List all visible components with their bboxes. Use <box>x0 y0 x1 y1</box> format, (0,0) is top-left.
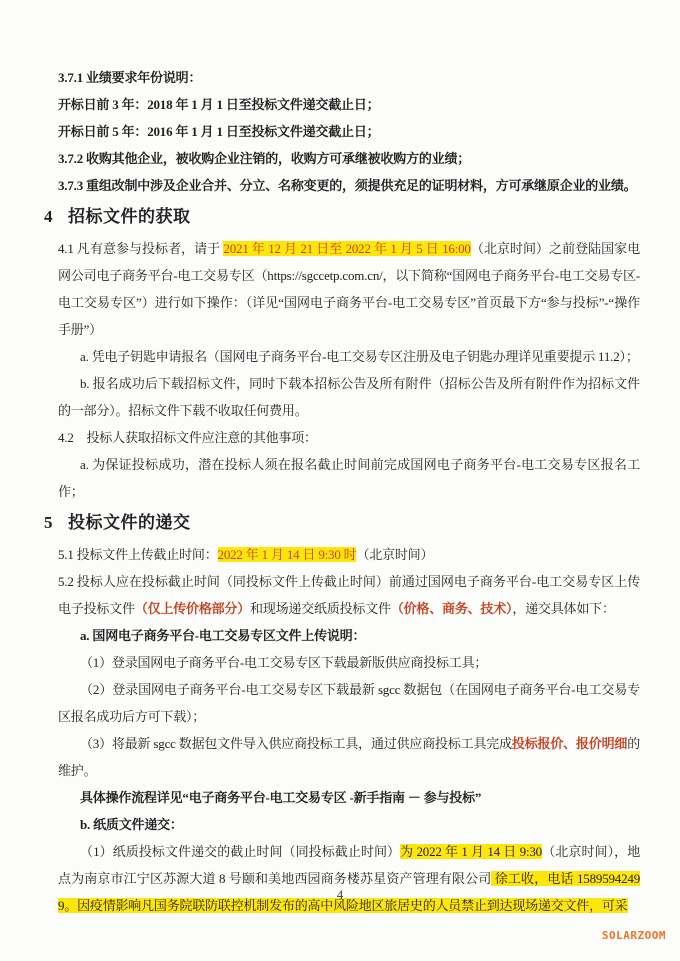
text-run: 5.1 投标文件上传截止时间： <box>58 547 218 562</box>
document-content: 3.7.1 业绩要求年份说明：开标日前 3 年：2018 年 1 月 1 日至投… <box>58 64 640 919</box>
text-run: 4.1 凡有意参与投标者，请于 <box>58 241 223 256</box>
text-run: （2）登录国网电子商务平台-电工交易专区下载最新 sgcc 数据包（在国网电子商… <box>58 682 640 724</box>
red-emphasis-text: （仅上传价格部分） <box>135 601 250 616</box>
text-run: （1）登录国网电子商务平台-电工交易专区下载最新版供应商投标工具； <box>80 655 487 670</box>
paragraph: 具体操作流程详见“电子商务平台-电工交易专区 -新手指南 － 参与投标” <box>58 784 640 811</box>
highlighted-text: 2022 年 1 月 14 日 9:30 时 <box>218 547 357 562</box>
paragraph: 开标日前 5 年：2016 年 1 月 1 日至投标文件递交截止日； <box>58 118 640 145</box>
text-run: a. 为保证投标成功，潜在投标人须在报名截止时间前完成国网电子商务平台-电工交易… <box>58 457 640 499</box>
paragraph: 5.1 投标文件上传截止时间：2022 年 1 月 14 日 9:30 时（北京… <box>58 541 640 568</box>
text-run: 和现场递交纸质投标文件 <box>250 601 391 616</box>
text-run: 4.2 投标人获取招标文件应注意的其他事项： <box>58 430 317 445</box>
highlighted-text: 2021 年 12 月 21 日至 2022 年 1 月 5 日 16:00 <box>223 241 470 256</box>
paragraph: （1）登录国网电子商务平台-电工交易专区下载最新版供应商投标工具； <box>58 649 640 676</box>
text-run: 具体操作流程详见“电子商务平台-电工交易专区 -新手指南 － 参与投标” <box>80 790 481 805</box>
text-run: （3）将最新 sgcc 数据包文件导入供应商投标工具，通过供应商投标工具完成 <box>80 736 512 751</box>
paragraph: b. 纸质文件递交： <box>58 811 640 838</box>
document-page: 3.7.1 业绩要求年份说明：开标日前 3 年：2018 年 1 月 1 日至投… <box>0 0 680 961</box>
section-number: 4 <box>44 202 53 232</box>
text-run: 3.7.3 重组改制中涉及企业合并、分立、名称变更的，须提供充足的证明材料，方可… <box>58 178 636 193</box>
section-heading: 5投标文件的递交 <box>44 508 640 538</box>
paragraph: 开标日前 3 年：2018 年 1 月 1 日至投标文件递交截止日； <box>58 91 640 118</box>
paragraph: （1）纸质投标文件递交的截止时间（同投标截止时间）为 2022 年 1 月 14… <box>58 838 640 919</box>
paragraph: 5.2 投标人应在投标截止时间（同投标文件上传截止时间）前通过国网电子商务平台-… <box>58 568 640 622</box>
text-run: a. 凭电子钥匙申请报名（国网电子商务平台-电工交易专区注册及电子钥匙办理详见重… <box>80 349 639 364</box>
paragraph: 3.7.2 收购其他企业，被收购企业注销的，收购方可承继被收购方的业绩； <box>58 145 640 172</box>
red-emphasis-text: （价格、商务、技术） <box>391 601 513 616</box>
paragraph: b. 报名成功后下载招标文件，同时下载本招标公告及所有附件（招标公告及所有附件作… <box>58 370 640 424</box>
watermark-logo: SOLARZOOM <box>602 929 666 942</box>
text-run: 3.7.2 收购其他企业，被收购企业注销的，收购方可承继被收购方的业绩； <box>58 151 470 166</box>
paragraph: （2）登录国网电子商务平台-电工交易专区下载最新 sgcc 数据包（在国网电子商… <box>58 676 640 730</box>
text-run: 招标文件的获取 <box>68 207 191 226</box>
text-run: ，递交具体如下： <box>512 601 614 616</box>
highlighted-text: 为 2022 年 1 月 14 日 9:30 <box>400 844 542 859</box>
text-run: （北京时间） <box>356 547 433 562</box>
text-run: a. 国网电子商务平台-电工交易专区文件上传说明： <box>80 628 365 643</box>
text-run: b. 纸质文件递交： <box>80 817 183 832</box>
text-run: 投标文件的递交 <box>68 513 191 532</box>
text-run: 开标日前 3 年：2018 年 1 月 1 日至投标文件递交截止日； <box>58 97 379 112</box>
page-number: 4 <box>0 887 680 903</box>
paragraph: 4.2 投标人获取招标文件应注意的其他事项： <box>58 424 640 451</box>
red-emphasis-text: 投标报价、报价明细 <box>512 736 627 751</box>
paragraph: 3.7.3 重组改制中涉及企业合并、分立、名称变更的，须提供充足的证明材料，方可… <box>58 172 640 199</box>
text-run: 开标日前 5 年：2016 年 1 月 1 日至投标文件递交截止日； <box>58 124 379 139</box>
paragraph: 4.1 凡有意参与投标者，请于 2021 年 12 月 21 日至 2022 年… <box>58 235 640 343</box>
text-run: b. 报名成功后下载招标文件，同时下载本招标公告及所有附件（招标公告及所有附件作… <box>58 376 640 418</box>
paragraph: a. 凭电子钥匙申请报名（国网电子商务平台-电工交易专区注册及电子钥匙办理详见重… <box>58 343 640 370</box>
section-number: 5 <box>44 508 53 538</box>
section-heading: 4招标文件的获取 <box>44 202 640 232</box>
paragraph: a. 国网电子商务平台-电工交易专区文件上传说明： <box>58 622 640 649</box>
paragraph: a. 为保证投标成功，潜在投标人须在报名截止时间前完成国网电子商务平台-电工交易… <box>58 451 640 505</box>
text-run: 3.7.1 业绩要求年份说明： <box>58 70 201 85</box>
paragraph: 3.7.1 业绩要求年份说明： <box>58 64 640 91</box>
text-run: （1）纸质投标文件递交的截止时间（同投标截止时间） <box>80 844 400 859</box>
paragraph: （3）将最新 sgcc 数据包文件导入供应商投标工具，通过供应商投标工具完成投标… <box>58 730 640 784</box>
